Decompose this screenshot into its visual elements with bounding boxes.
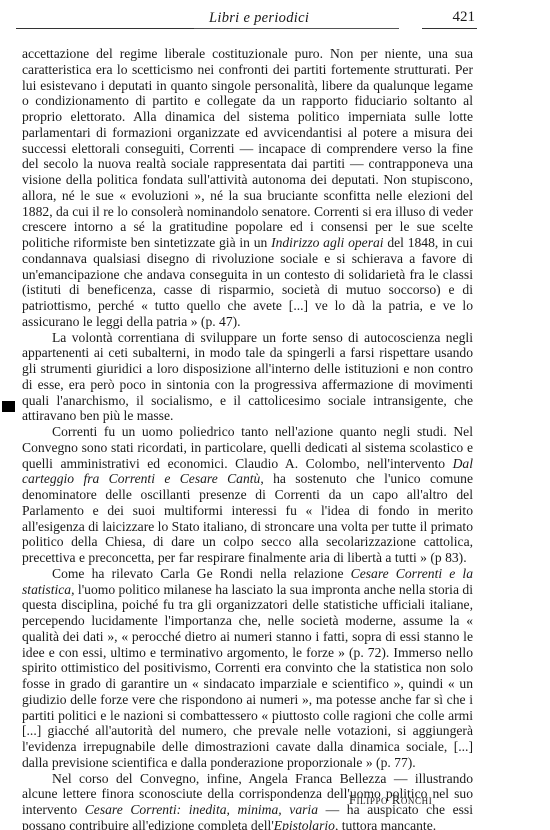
paragraph: accettazione del regime liberale costitu… xyxy=(22,46,473,330)
header-rule xyxy=(422,28,477,29)
paragraph: Correnti fu un uomo poliedrico tanto nel… xyxy=(22,424,473,566)
author-name: Filippo Ronchi xyxy=(349,793,432,807)
text-run: Come ha rilevato Carla Ge Rondi nella re… xyxy=(52,566,351,581)
header-rule xyxy=(194,28,399,29)
text-run: , l'uomo politico milanese ha lasciato l… xyxy=(22,582,473,770)
margin-marker xyxy=(2,401,15,412)
paragraph: Come ha rilevato Carla Ge Rondi nella re… xyxy=(22,566,473,771)
header-rule xyxy=(16,28,194,29)
page-number: 421 xyxy=(453,9,476,26)
italic-title: Cesare Correnti: inedita, minima, varia xyxy=(85,802,318,817)
running-header: Libri e periodici 421 xyxy=(22,0,473,36)
article-body: accettazione del regime liberale costitu… xyxy=(22,46,473,830)
text-run: La volontà correntiana di sviluppare un … xyxy=(22,330,473,424)
text-run: accettazione del regime liberale costitu… xyxy=(22,46,473,250)
text-run: , tuttora mancante. xyxy=(335,818,436,830)
italic-title: Indirizzo agli operai xyxy=(271,235,384,250)
running-title: Libri e periodici xyxy=(209,10,309,27)
italic-title: Epistolario xyxy=(274,818,335,830)
text-run: Correnti fu un uomo poliedrico tanto nel… xyxy=(22,424,473,471)
paragraph: La volontà correntiana di sviluppare un … xyxy=(22,330,473,425)
author-signature: Filippo Ronchi xyxy=(349,793,432,808)
document-page: Libri e periodici 421 accettazione del r… xyxy=(22,0,473,830)
